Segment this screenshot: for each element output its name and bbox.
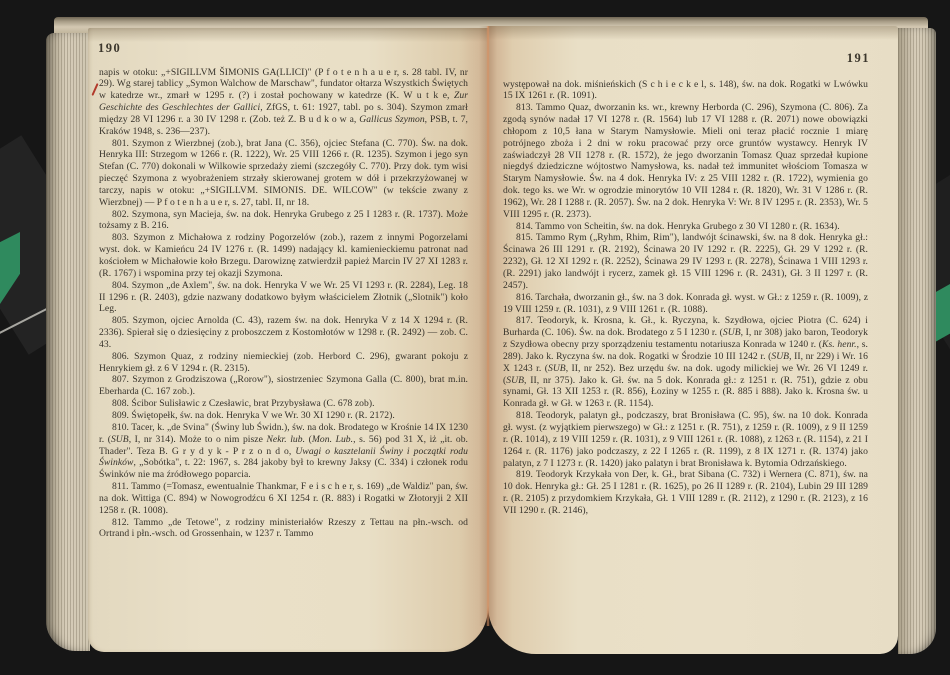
paragraph: 817. Teodoryk, k. Krosna, k. Gł., k. Ryc… [503, 315, 868, 410]
paragraph: 818. Teodoryk, palatyn gł., podczaszy, b… [503, 410, 868, 469]
right-page: 191 występował na dok. miśnieńskich (S c… [488, 26, 898, 654]
paragraph: 814. Tammo von Scheitin, św. na dok. Hen… [503, 221, 868, 233]
paragraph: 810. Tacer, k. „de Svina" (Świny lub Świ… [99, 422, 468, 481]
left-page-text: napis w otoku: „+SIGILLVM ŠIMONIS GA(LLI… [99, 67, 468, 541]
paragraph: 804. Szymon „de Axlem", św. na dok. Henr… [99, 280, 468, 316]
paragraph: 816. Tarchała, dworzanin gł., św. na 3 d… [503, 292, 868, 316]
page-number-right: 191 [488, 52, 870, 65]
paragraph: 815. Tammo Rym („Ryhm, Rhim, Rim"), land… [503, 232, 868, 291]
paragraph: 801. Szymon z Wierzbnej (zob.), brat Jan… [99, 138, 468, 209]
paragraph: występował na dok. miśnieńskich (S c h i… [503, 79, 868, 103]
paragraph: 806. Szymon Quaz, z rodziny niemieckiej … [99, 351, 468, 375]
page-number-left: 190 [98, 42, 488, 55]
paragraph: 808. Ścibor Sulisławic z Czesławic, brat… [99, 398, 468, 410]
book-gutter [479, 26, 497, 626]
pen-mark [91, 83, 98, 96]
paragraph: 807. Szymon z Grodziszowa („Rorow"), sio… [99, 374, 468, 398]
paragraph: 802. Szymona, syn Macieja, św. na dok. H… [99, 209, 468, 233]
paragraph: 809. Świętopełk, św. na dok. Henryka V w… [99, 410, 468, 422]
paragraph: 811. Tammo (=Tomasz, ewentualnie Thankma… [99, 481, 468, 517]
book-photo: 190 napis w otoku: „+SIGILLVM ŠIMONIS GA… [0, 0, 950, 675]
right-page-stack [898, 28, 936, 654]
right-page-text: występował na dok. miśnieńskich (S c h i… [503, 79, 868, 517]
paragraph: 803. Szymon z Michałowa z rodziny Pogorz… [99, 232, 468, 279]
paragraph: 819. Teodoryk Krzykała von Der, k. Gł., … [503, 469, 868, 516]
open-book: 190 napis w otoku: „+SIGILLVM ŠIMONIS GA… [0, 0, 950, 675]
left-page: 190 napis w otoku: „+SIGILLVM ŠIMONIS GA… [88, 28, 488, 652]
left-page-stack [46, 33, 90, 651]
paragraph: 805. Szymon, ojciec Arnolda (C. 43), raz… [99, 315, 468, 351]
paragraph: 812. Tammo „de Tetowe", z rodziny minist… [99, 517, 468, 541]
paragraph: 813. Tammo Quaz, dworzanin ks. wr., krew… [503, 102, 868, 220]
paragraph: napis w otoku: „+SIGILLVM ŠIMONIS GA(LLI… [99, 67, 468, 138]
